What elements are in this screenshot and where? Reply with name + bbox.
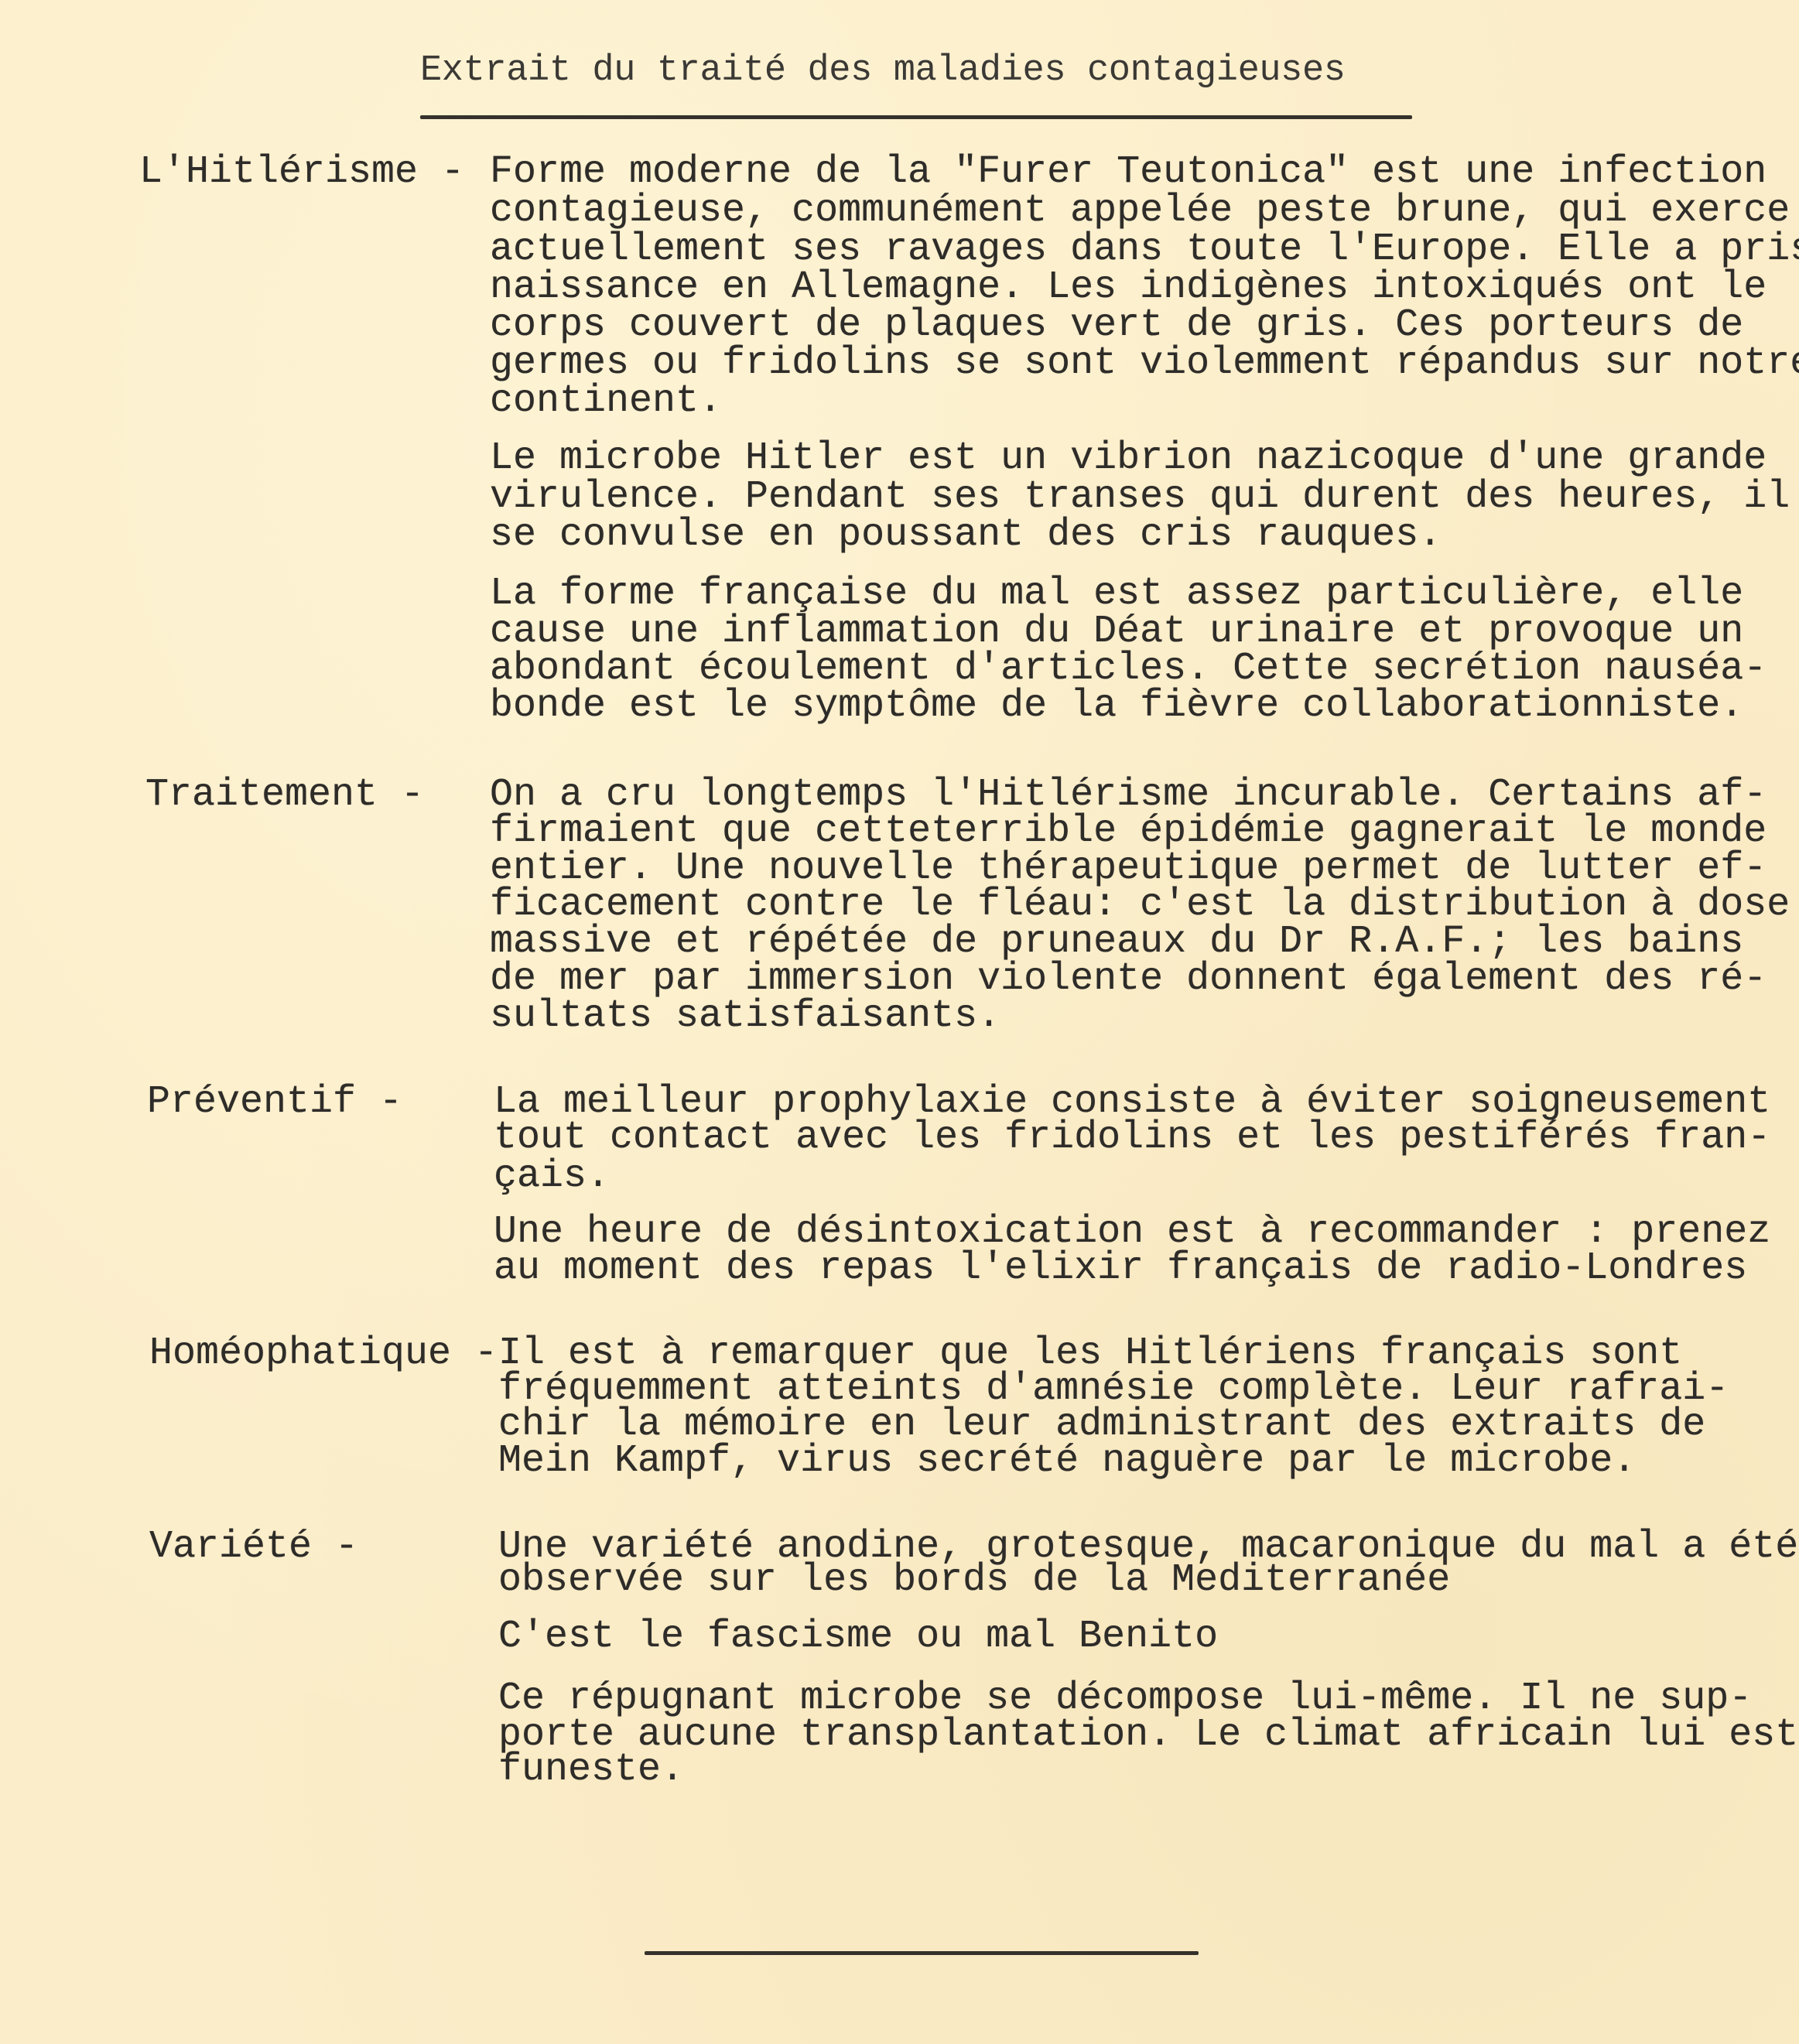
text-line: Le microbe Hitler est un vibrion nazicoq… (490, 439, 1767, 478)
document-title: Extrait du traité des maladies contagieu… (420, 48, 1346, 94)
text-line: corps couvert de plaques vert de gris. C… (490, 306, 1743, 345)
text-line: naissance en Allemagne. Les indigènes in… (490, 268, 1767, 307)
text-line: çais. (494, 1157, 610, 1196)
text-line: se convulse en poussant des cris rauques… (490, 516, 1442, 555)
section-term: Homéophatique - (149, 1335, 498, 1373)
text-line: tout contact avec les fridolins et les p… (494, 1119, 1770, 1157)
text-line: massive et répétée de pruneaux du Dr R.A… (490, 923, 1743, 962)
text-line: C'est le fascisme ou mal Benito (498, 1618, 1218, 1656)
text-line: funeste. (498, 1751, 684, 1789)
text-line: de mer par immersion violente donnent ég… (490, 960, 1767, 999)
text-line: bonde est le symptôme de la fièvre colla… (490, 687, 1743, 726)
section-term: L'Hitlérisme - (139, 153, 464, 192)
title-underline (420, 115, 1412, 119)
text-line: germes ou fridolins se sont violemment r… (490, 344, 1799, 383)
text-line: actuellement ses ravages dans toute l'Eu… (490, 231, 1799, 269)
text-line: virulence. Pendant ses transes qui duren… (490, 478, 1790, 517)
text-line: Forme moderne de la "Furer Teutonica" es… (490, 153, 1767, 192)
text-line: porte aucune transplantation. Le climat … (498, 1716, 1798, 1755)
text-line: cause une inflammation du Déat urinaire … (490, 613, 1743, 651)
section-term: Variété - (149, 1528, 358, 1567)
text-line: firmaient que cetteterrible épidémie gag… (490, 812, 1767, 851)
text-line: au moment des repas l'elixir français de… (494, 1249, 1747, 1288)
closing-rule (645, 1951, 1199, 1955)
text-line: continent. (490, 382, 722, 421)
section-term: Préventif - (147, 1083, 402, 1122)
text-line: observée sur les bords de la Mediterrané… (498, 1561, 1450, 1600)
text-line: La forme française du mal est assez part… (490, 575, 1743, 614)
text-line: contagieuse, communément appelée peste b… (490, 192, 1790, 231)
typewritten-page: Extrait du traité des maladies contagieu… (0, 0, 1799, 2044)
section-term: Traitement - (145, 776, 424, 815)
text-line: Mein Kampf, virus secrété naguère par le… (498, 1442, 1636, 1481)
text-line: ficacement contre le fléau: c'est la dis… (490, 886, 1790, 925)
text-line: sultats satisfaisants. (490, 997, 1000, 1036)
text-line: abondant écoulement d'articles. Cette se… (490, 650, 1767, 689)
